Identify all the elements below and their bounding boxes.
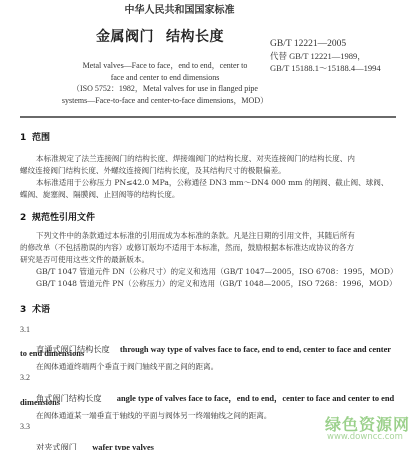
clause-term: 直通式阀门结构长度 through way type of valves fac… — [36, 337, 391, 356]
clause-number: 3.1 — [20, 325, 30, 334]
english-title-line: （ISO 5752：1982，Metal valves for use in f… — [40, 83, 290, 95]
english-title-line: face and center to end dimensions — [40, 72, 290, 84]
standard-number: GB/T 12221—2005 — [270, 38, 381, 50]
section-title: 规范性引用文件 — [32, 213, 95, 223]
english-title: Metal valves—Face to face，end to end，cen… — [40, 60, 290, 106]
section-number: 2 — [20, 213, 32, 223]
watermark-url: www.downcc.com — [327, 432, 403, 442]
clause-number: 3.3 — [20, 422, 30, 431]
section-heading-3: 3术语 — [20, 302, 50, 315]
paragraph-line: 的修改单（不包括勘误的内容）或修订版均不适用于本标准，然而，鼓励根据本标准达成协… — [20, 242, 354, 254]
paragraph-line: 下列文件中的条款通过本标准的引用而成为本标准的条款。凡是注日期的引用文件，其随后… — [36, 230, 355, 242]
section-heading-2: 2规范性引用文件 — [20, 210, 95, 223]
reference-line: GB/T 1048 管道元件 PN（公称压力）的定义和选用（GB/T 1048—… — [36, 278, 397, 290]
paragraph-line: 本标准规定了法兰连接阀门的结构长度、焊接端阀门的结构长度、对夹连接阀门的结构长度… — [36, 153, 355, 165]
paragraph-line: 研究是否可使用这些文件的最新版本。 — [20, 254, 149, 266]
clause-definition: 在阀体通道某一端垂直于轴线的平面与阀体另一终端轴线之间的距离。 — [36, 410, 271, 422]
document-title: 金属阀门结构长度 — [96, 26, 224, 46]
section-number: 3 — [20, 305, 32, 315]
term-en-continued: to end dimensions — [20, 349, 84, 358]
section-title: 术语 — [32, 305, 50, 315]
clause-term: 角式阀门结构长度 angle type of valves face to fa… — [36, 386, 394, 405]
term-en: wafer type valves — [92, 443, 154, 450]
section-number: 1 — [20, 133, 32, 143]
paragraph-line: 本标准适用于公称压力 PN≤42.0 MPa，公称通径 DN3 mm～DN4 0… — [36, 177, 388, 189]
section-heading-1: 1范围 — [20, 130, 50, 143]
header-divider — [20, 116, 396, 118]
paragraph-line: 螺纹连接阀门结构长度、外螺纹连接阀门结构长度，及其结构尺寸的极限偏差。 — [20, 165, 286, 177]
clause-number: 3.2 — [20, 373, 30, 382]
national-standard-label: 中华人民共和国国家标准 — [0, 1, 419, 16]
clause-definition: 在阀体通道终端两个垂直于阀门轴线平面之间的距离。 — [36, 361, 218, 373]
term-en: through way type of valves face to face,… — [120, 345, 391, 354]
clause-term: 对夹式阀门 wafer type valves — [36, 435, 154, 450]
english-title-line: systems—Face-to-face and center-to-face … — [40, 95, 290, 107]
title-cn-part2: 结构长度 — [166, 29, 224, 45]
term-cn: 对夹式阀门 — [36, 442, 77, 450]
section-title: 范围 — [32, 133, 50, 143]
paragraph-line: 蝶阀、旋塞阀、隔膜阀、止回阀等的结构长度。 — [20, 189, 179, 201]
term-en-continued: dimensions — [20, 398, 60, 407]
english-title-line: Metal valves—Face to face，end to end，cen… — [40, 60, 290, 72]
reference-line: GB/T 1047 管道元件 DN（公称尺寸）的定义和选用（GB/T 1047—… — [36, 266, 398, 278]
title-cn-part1: 金属阀门 — [96, 29, 154, 45]
term-en: angle type of valves face to face，end to… — [117, 394, 394, 403]
